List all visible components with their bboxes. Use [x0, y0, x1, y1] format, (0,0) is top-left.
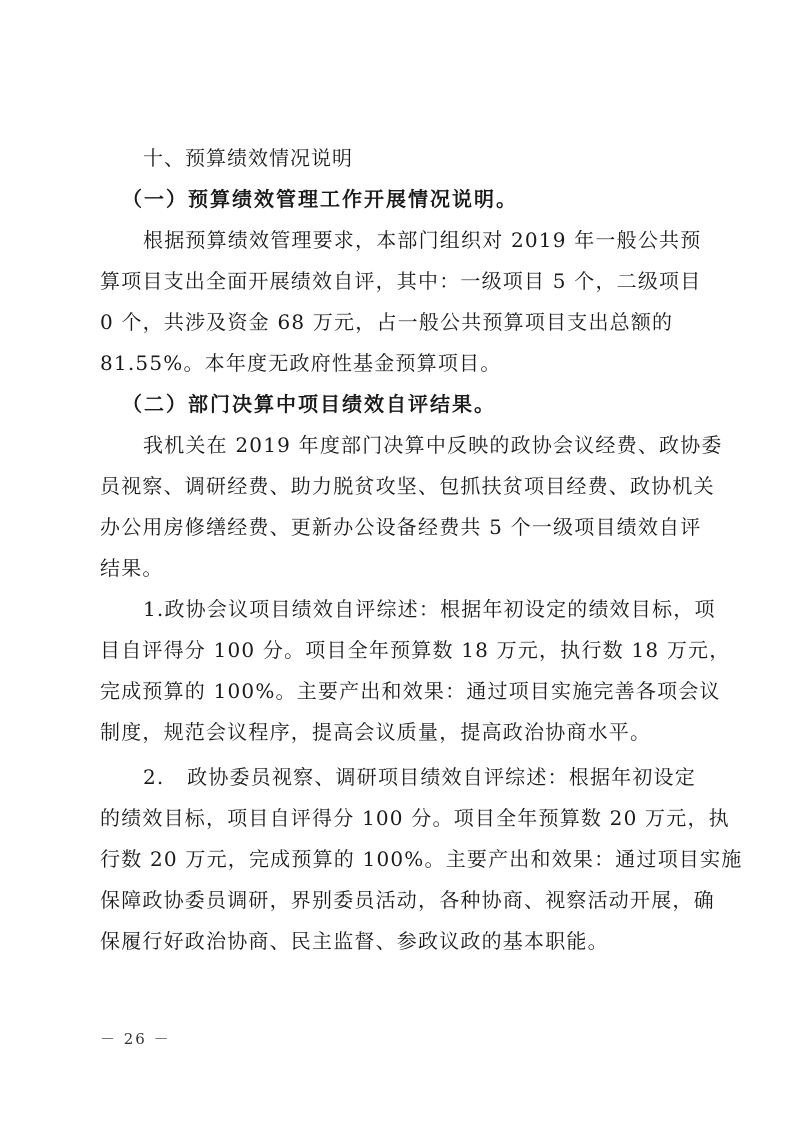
- paragraph-line: 完成预算的 100%。主要产出和效果：通过项目实施完善各项会议: [100, 679, 690, 703]
- paragraph-line: 1.政协会议项目绩效自评综述：根据年初设定的绩效目标，项: [143, 597, 733, 621]
- page-number: － 26 －: [100, 1028, 171, 1049]
- paragraph-line: 根据预算绩效管理要求，本部门组织对 2019 年一般公共预: [143, 228, 733, 252]
- document-page: 十、预算绩效情况说明 （一）预算绩效管理工作开展情况说明。 根据预算绩效管理要求…: [0, 0, 793, 1122]
- paragraph-line: 制度，规范会议程序，提高会议质量，提高政治协商水平。: [100, 720, 690, 744]
- paragraph-line: 算项目支出全面开展绩效自评，其中：一级项目 5 个，二级项目: [100, 269, 690, 293]
- paragraph-line: 保履行好政治协商、民主监督、参政议政的基本职能。: [100, 929, 690, 953]
- paragraph-line: 员视察、调研经费、助力脱贫攻坚、包抓扶贫项目经费、政协机关: [100, 474, 690, 498]
- paragraph-line: 结果。: [100, 556, 690, 580]
- paragraph-line: 81.55%。本年度无政府性基金预算项目。: [100, 351, 690, 375]
- paragraph-line: 我机关在 2019 年度部门决算中反映的政协会议经费、政协委: [143, 433, 733, 457]
- section-title: 十、预算绩效情况说明: [143, 146, 733, 170]
- paragraph-line: 行数 20 万元，完成预算的 100%。主要产出和效果：通过项目实施: [100, 847, 690, 871]
- subsection-2-heading: （二）部门决算中项目绩效自评结果。: [122, 392, 712, 416]
- paragraph-line: 2. 政协委员视察、调研项目绩效自评综述：根据年初设定: [143, 765, 733, 789]
- paragraph-line: 保障政协委员调研，界别委员活动，各种协商、视察活动开展，确: [100, 888, 690, 912]
- paragraph-line: 目自评得分 100 分。项目全年预算数 18 万元，执行数 18 万元，: [100, 638, 690, 662]
- paragraph-line: 办公用房修缮经费、更新办公设备经费共 5 个一级项目绩效自评: [100, 515, 690, 539]
- paragraph-line: 0 个，共涉及资金 68 万元，占一般公共预算项目支出总额的: [100, 310, 690, 334]
- paragraph-line: 的绩效目标，项目自评得分 100 分。项目全年预算数 20 万元，执: [100, 806, 690, 830]
- subsection-1-heading: （一）预算绩效管理工作开展情况说明。: [122, 187, 712, 211]
